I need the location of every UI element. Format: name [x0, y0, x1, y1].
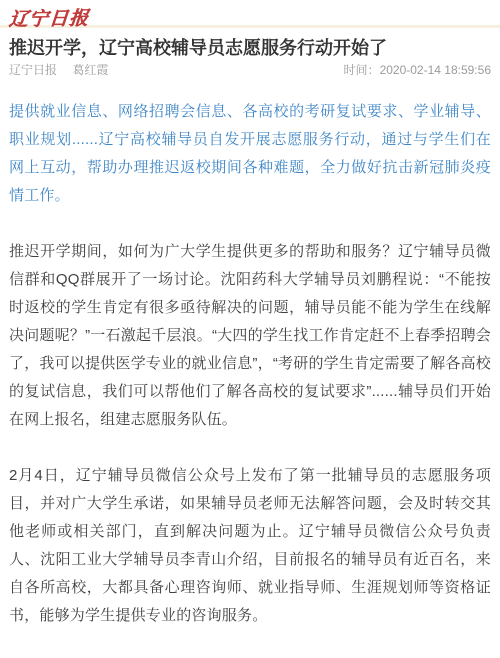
source-name: 辽宁日报	[9, 63, 57, 77]
article-meta: 辽宁日报 葛红霞 时间：2020-02-14 18:59:56	[9, 63, 491, 78]
body-paragraph: 推迟开学期间，如何为广大学生提供更多的帮助和服务？辽宁辅导员微信群和QQ群展开了…	[9, 238, 491, 434]
lead-paragraph: 提供就业信息、网络招聘会信息、各高校的考研复试要求、学业辅导、职业规划.....…	[9, 98, 491, 210]
article-title: 推迟开学，辽宁高校辅导员志愿服务行动开始了	[9, 38, 491, 59]
article-content: 推迟开学，辽宁高校辅导员志愿服务行动开始了 辽宁日报 葛红霞 时间：2020-0…	[0, 38, 500, 630]
timestamp: 2020-02-14 18:59:56	[380, 63, 491, 77]
article-page: 辽宁日报 推迟开学，辽宁高校辅导员志愿服务行动开始了 辽宁日报 葛红霞 时间：2…	[0, 0, 500, 658]
byline: 辽宁日报 葛红霞	[9, 63, 108, 78]
body-paragraph: 2月4日，辽宁辅导员微信公众号上发布了第一批辅导员的志愿服务项目，并对广大学生承…	[9, 462, 491, 630]
author-name: 葛红霞	[72, 63, 108, 77]
time-label: 时间：	[344, 63, 380, 77]
article-body: 提供就业信息、网络招聘会信息、各高校的考研复试要求、学业辅导、职业规划.....…	[9, 98, 491, 630]
masthead: 辽宁日报	[0, 0, 500, 24]
liaoning-daily-logo: 辽宁日报	[8, 3, 91, 31]
publish-time: 时间：2020-02-14 18:59:56	[344, 63, 491, 78]
